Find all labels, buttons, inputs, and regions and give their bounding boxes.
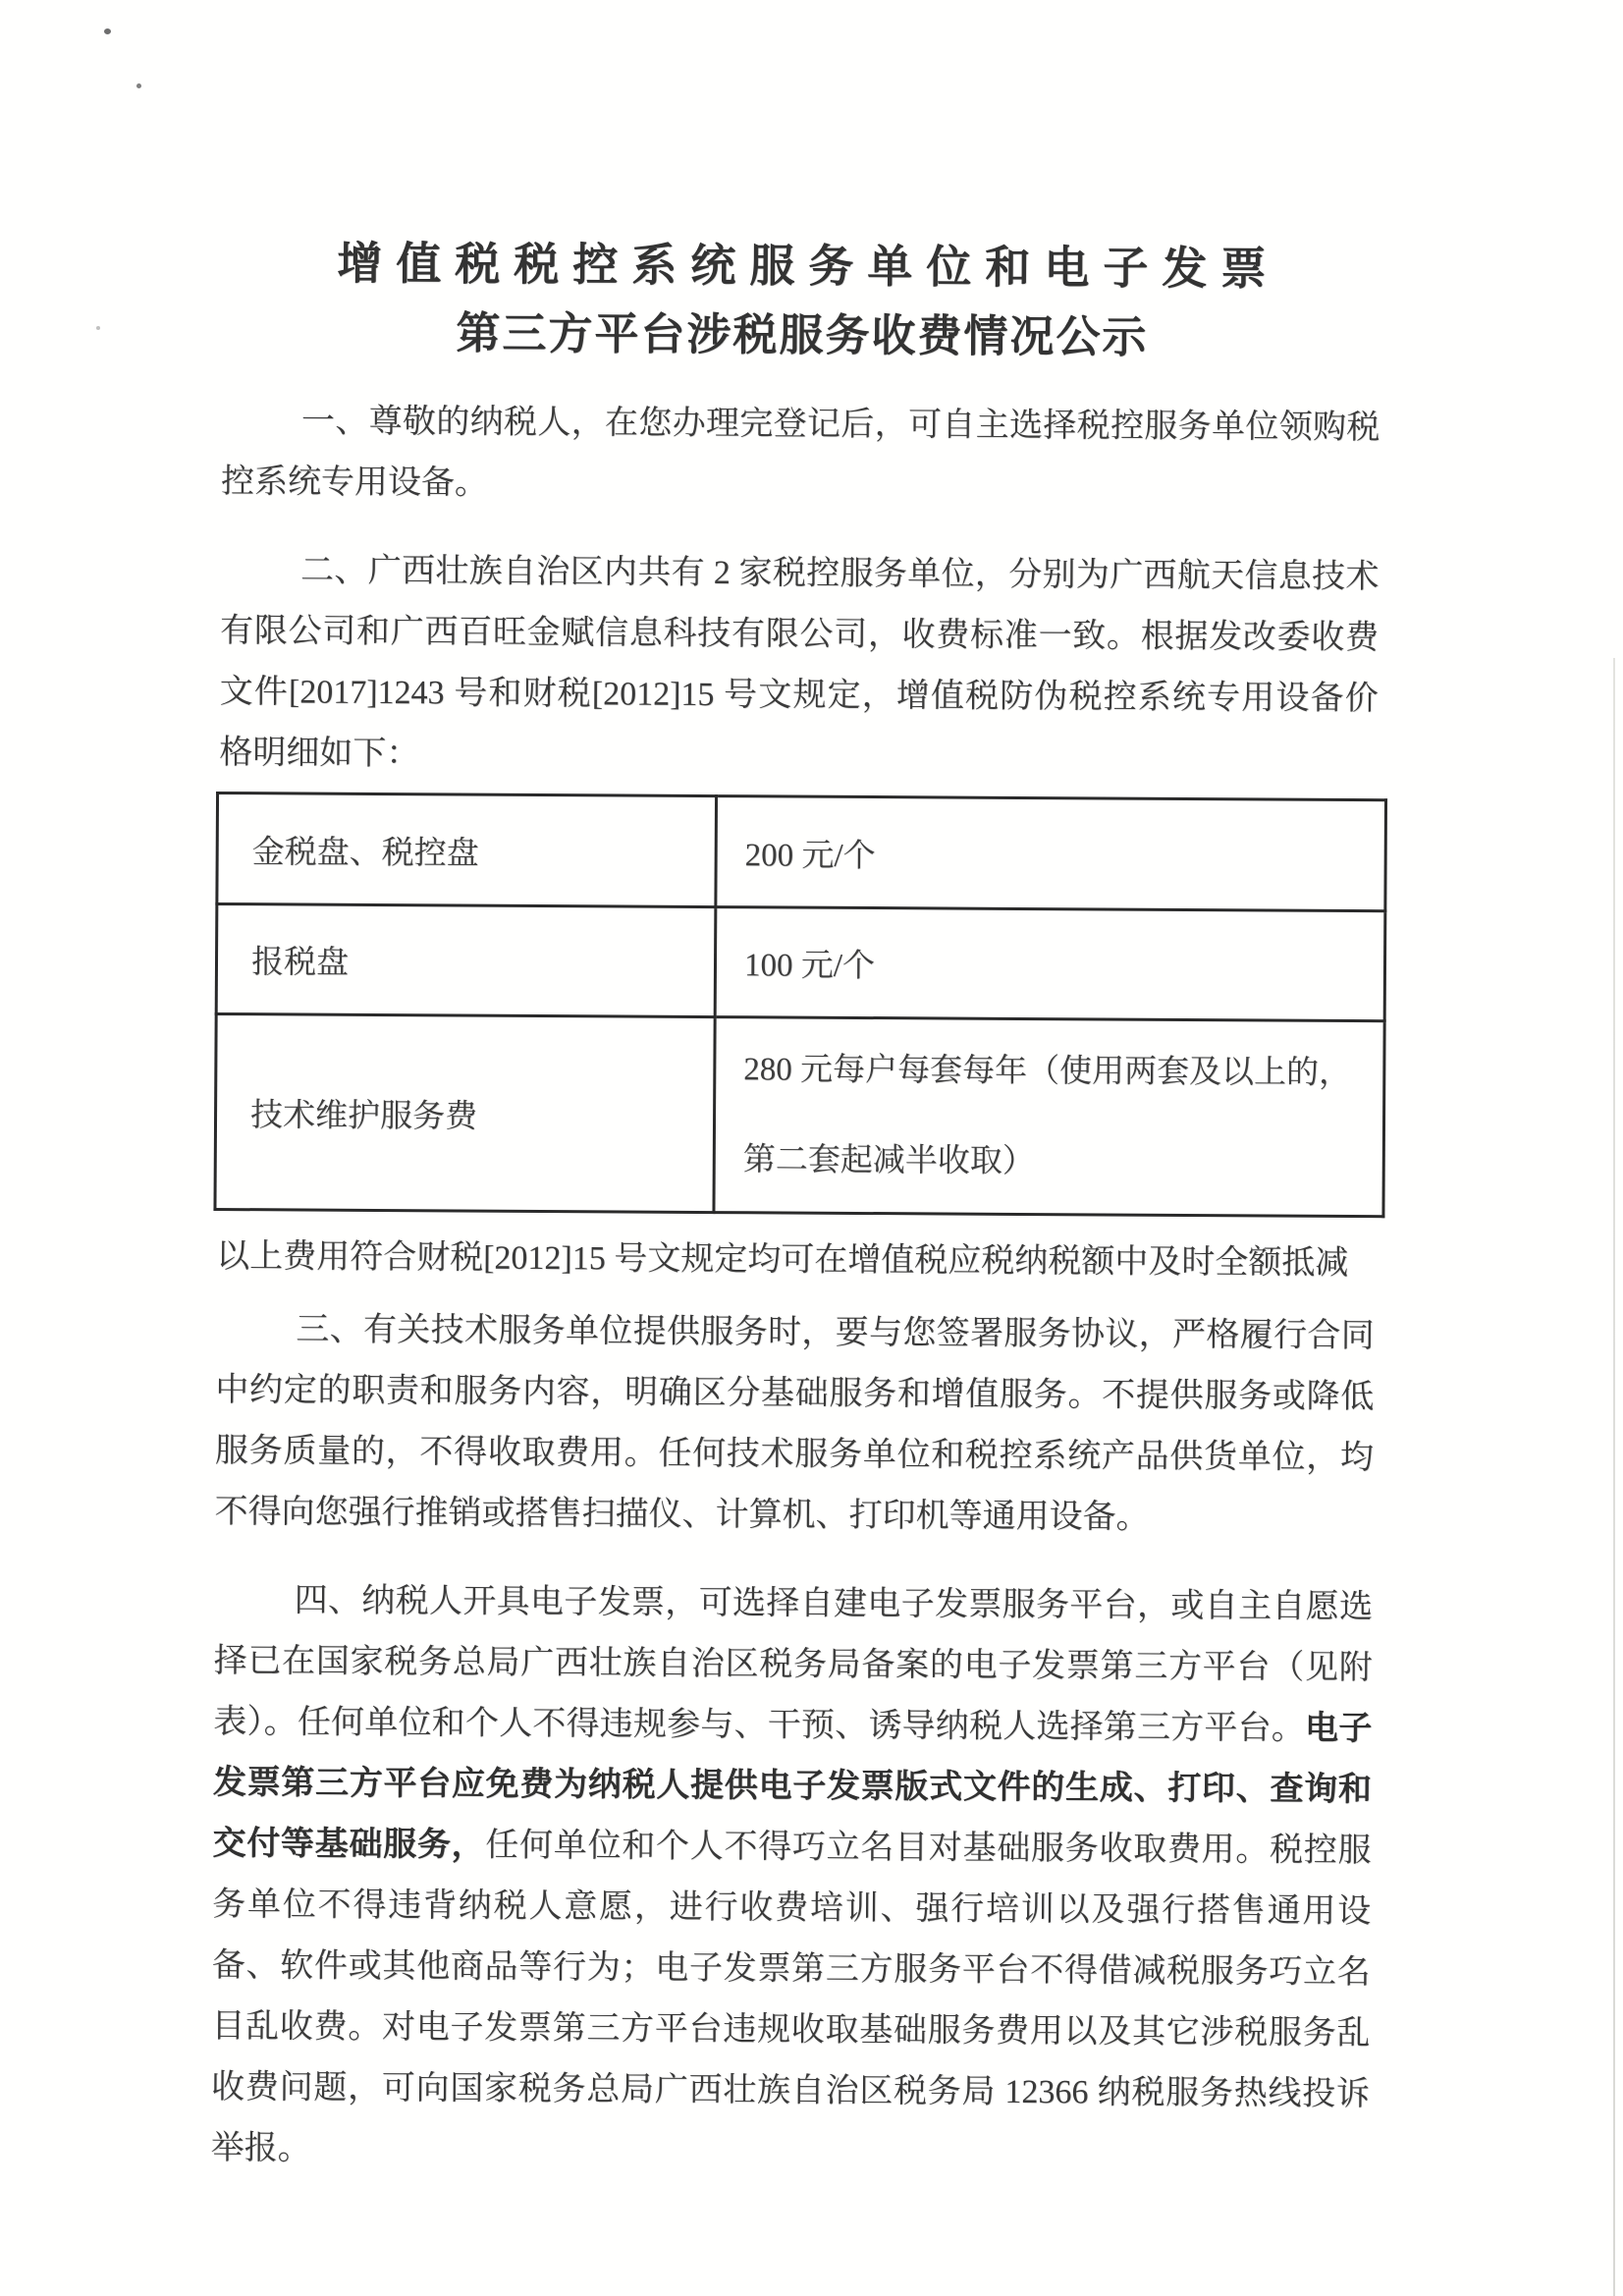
paragraph-2: 二、广西壮族自治区内共有 2 家税控服务单位，分别为广西航天信息技术有限公司和广… [219, 540, 1379, 791]
price-table: 金税盘、税控盘 200 元/个 报税盘 100 元/个 技术维护服务费 280 … [213, 792, 1387, 1218]
item-cell: 金税盘、税控盘 [217, 793, 717, 906]
scanned-document-page: 增值税税控系统服务单位和电子发票 第三方平台涉税服务收费情况公示 一、尊敬的纳税… [0, 0, 1623, 2296]
scan-speck [136, 83, 141, 88]
table-row-golden-tax-disk: 金税盘、税控盘 200 元/个 [217, 793, 1386, 910]
price-cell: 200 元/个 [716, 796, 1386, 911]
paragraph-1: 一、尊敬的纳税人，在您办理完登记后，可自主选择税控服务单位领购税控系统专用设备。 [221, 391, 1380, 519]
scan-edge-shadow [1613, 658, 1615, 2296]
scan-speck [104, 28, 111, 34]
scan-speck [96, 326, 100, 330]
price-cell: 100 元/个 [715, 907, 1385, 1021]
paragraph-3: 三、有关技术服务单位提供服务时，要与您签署服务协议，严格履行合同中约定的职责和服… [214, 1299, 1374, 1550]
paragraph-4: 四、纳税人开具电子发票，可选择自建电子发票服务平台，或自主自愿选择已在国家税务总… [210, 1570, 1373, 2186]
paragraph-4-normal-1: 四、纳税人开具电子发票，可选择自建电子发票服务平台，或自主自愿选择已在国家税务总… [213, 1582, 1373, 1746]
table-row-maintenance-fee: 技术维护服务费 280 元每户每套每年（使用两套及以上的，第二套起减半收取） [215, 1013, 1384, 1216]
table-row-declaration-disk: 报税盘 100 元/个 [216, 903, 1385, 1020]
document-title-line-2: 第三方平台涉税服务收费情况公示 [222, 304, 1380, 366]
item-cell: 技术维护服务费 [215, 1013, 715, 1212]
table-note: 以上费用符合财税[2012]15 号文规定均可在增值税应税纳税额中及时全额抵减 [216, 1227, 1375, 1294]
price-cell: 280 元每户每套每年（使用两套及以上的，第二套起减半收取） [714, 1017, 1384, 1217]
document-sheet: 增值税税控系统服务单位和电子发票 第三方平台涉税服务收费情况公示 一、尊敬的纳税… [210, 0, 1382, 2186]
paragraph-4-normal-2: 任何单位和个人不得巧立名目对基础服务收取费用。税控服务单位不得违背纳税人意愿，进… [211, 1828, 1372, 2167]
document-title-line-1: 增值税税控系统服务单位和电子发票 [222, 236, 1380, 298]
item-cell: 报税盘 [216, 903, 716, 1016]
